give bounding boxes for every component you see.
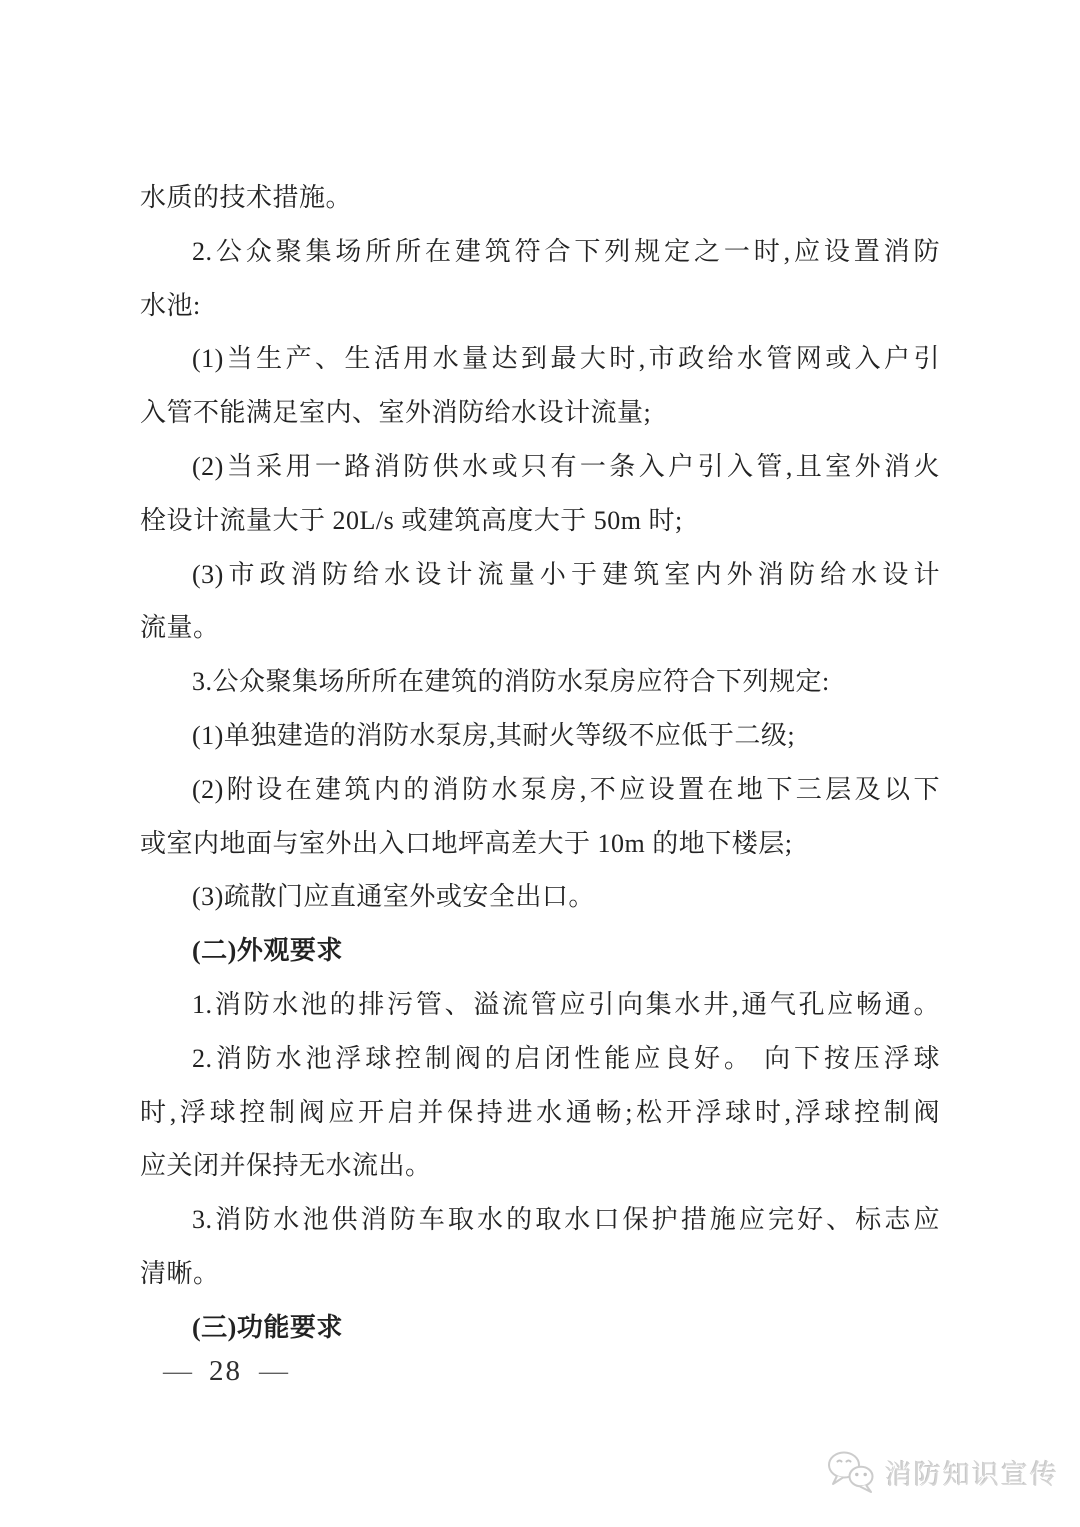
text-line: 2.公众聚集场所所在建筑符合下列规定之一时,应设置消防 (140, 225, 940, 279)
watermark: 消防知识宣传 (826, 1450, 1059, 1494)
text-line: 流量。 (140, 601, 940, 655)
text-line: (2)当采用一路消防供水或只有一条入户引入管,且室外消火 (140, 440, 940, 494)
text-line: 栓设计流量大于 20L/s 或建筑高度大于 50m 时; (140, 494, 940, 548)
section-heading: (二)外观要求 (140, 924, 940, 978)
document-body: 水质的技术措施。2.公众聚集场所所在建筑符合下列规定之一时,应设置消防水池:(1… (140, 171, 940, 1355)
text-line: (1)当生产、生活用水量达到最大时,市政给水管网或入户引 (140, 332, 940, 386)
text-line: 2.消防水池浮球控制阀的启闭性能应良好。 向下按压浮球 (140, 1032, 940, 1086)
text-line: 1.消防水池的排污管、溢流管应引向集水井,通气孔应畅通。 (140, 978, 940, 1032)
text-line: 或室内地面与室外出入口地坪高差大于 10m 的地下楼层; (140, 817, 940, 871)
text-line: 应关闭并保持无水流出。 (140, 1139, 940, 1193)
text-line: 水质的技术措施。 (140, 171, 940, 225)
text-line: 3.公众聚集场所所在建筑的消防水泵房应符合下列规定: (140, 655, 940, 709)
page-number-value: 28 (209, 1355, 242, 1388)
page-number-dash-left: — (163, 1355, 192, 1388)
text-line: 3.消防水池供消防车取水的取水口保护措施应完好、标志应 (140, 1193, 940, 1247)
text-line: 时,浮球控制阀应开启并保持进水通畅;松开浮球时,浮球控制阀 (140, 1086, 940, 1140)
text-line: (3)市政消防给水设计流量小于建筑室内外消防给水设计 (140, 548, 940, 602)
text-line: 入管不能满足室内、室外消防给水设计流量; (140, 386, 940, 440)
page-number: — 28 — (163, 1349, 288, 1393)
text-line: (2)附设在建筑内的消防水泵房,不应设置在地下三层及以下 (140, 763, 940, 817)
text-line: 清晰。 (140, 1247, 940, 1301)
text-line: 水池: (140, 279, 940, 333)
page-number-dash-right: — (259, 1355, 288, 1388)
text-line: (3)疏散门应直通室外或安全出口。 (140, 870, 940, 924)
text-line: (1)单独建造的消防水泵房,其耐火等级不应低于二级; (140, 709, 940, 763)
document-page: 水质的技术措施。2.公众聚集场所所在建筑符合下列规定之一时,应设置消防水池:(1… (0, 0, 1080, 1527)
watermark-text: 消防知识宣传 (885, 1453, 1059, 1492)
wechat-icon (826, 1450, 876, 1494)
section-heading: (三)功能要求 (140, 1301, 940, 1355)
